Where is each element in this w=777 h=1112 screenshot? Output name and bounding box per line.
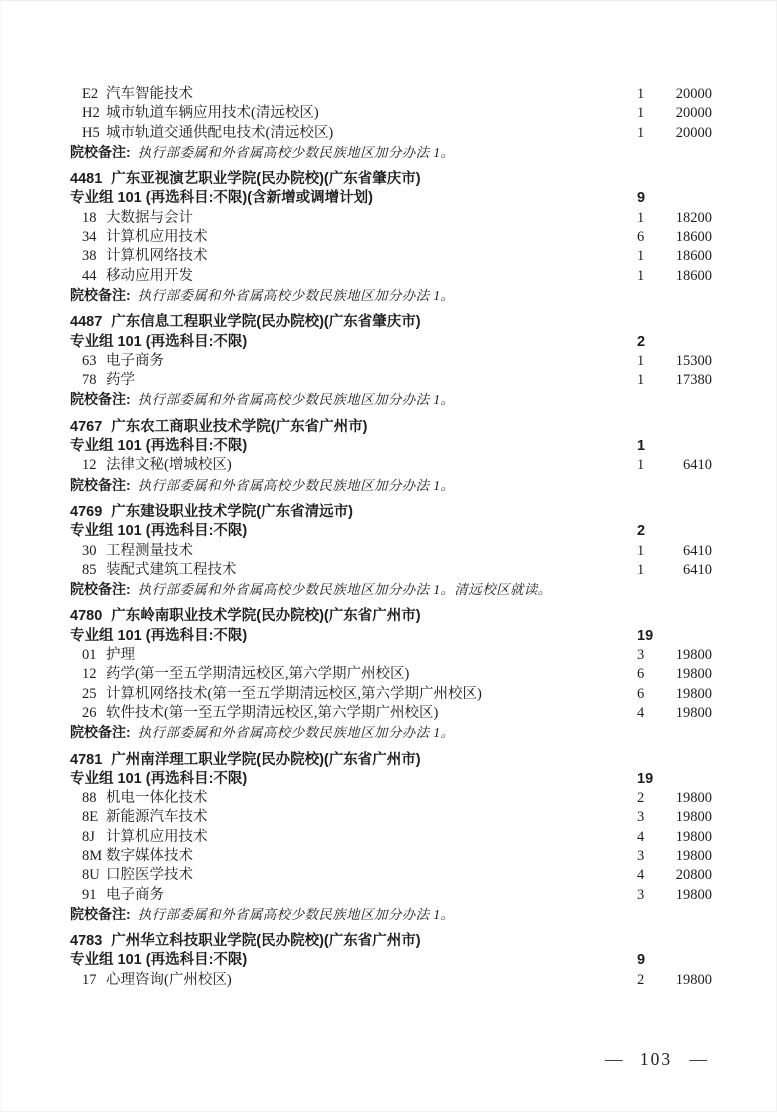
major-tuition-fee: 18600 [667, 267, 712, 286]
major-name: 护理 [106, 647, 135, 663]
major-plan-count: 1 [637, 456, 667, 475]
major-group-label: 专业组 101 (再选科目:不限) [0, 333, 637, 352]
major-name: 法律文秘(增城校区) [106, 457, 232, 473]
remark-row: 院校备注:执行部委属和外省属高校少数民族地区加分办法 1。清远校区就读。 [0, 580, 777, 599]
major-plan-count: 3 [637, 808, 667, 827]
major-tuition-fee: 18600 [667, 228, 712, 247]
major-row: H5城市轨道交通供配电技术(清远校区) 1 20000 [0, 124, 777, 143]
college-header-row: 4767广东农工商职业技术学院(广东省广州市) [0, 418, 777, 437]
major-row: E2汽车智能技术 1 20000 [0, 85, 777, 104]
major-name: 机电一体化技术 [106, 790, 208, 806]
college-header: 4769广东建设职业技术学院(广东省清远市) [0, 503, 637, 522]
remark-row: 院校备注:执行部委属和外省属高校少数民族地区加分办法 1。 [0, 905, 777, 924]
major-code: 8E [82, 808, 103, 827]
major-main: 01护理 [0, 646, 637, 665]
major-main: 8E新能源汽车技术 [0, 808, 637, 827]
major-main: 91电子商务 [0, 886, 637, 905]
major-main: 12药学(第一至五学期清远校区,第六学期广州校区) [0, 665, 637, 684]
major-main: 78药学 [0, 371, 637, 390]
major-group-row: 专业组 101 (再选科目:不限) 19 [0, 627, 777, 646]
major-main: 8J计算机应用技术 [0, 828, 637, 847]
major-group-row: 专业组 101 (再选科目:不限) 9 [0, 951, 777, 970]
major-tuition-fee: 19800 [667, 685, 712, 704]
major-code: 44 [82, 267, 103, 286]
major-plan-count: 4 [637, 866, 667, 885]
major-name: 工程测量技术 [106, 543, 193, 559]
major-tuition-fee: 6410 [667, 561, 712, 580]
major-main: 25计算机网络技术(第一至五学期清远校区,第六学期广州校区) [0, 685, 637, 704]
major-row: 17心理咨询(广州校区) 2 19800 [0, 971, 777, 990]
major-group-label: 专业组 101 (再选科目:不限) [0, 770, 637, 789]
major-plan-count: 2 [637, 971, 667, 990]
major-code: 8U [82, 866, 103, 885]
remark-row: 院校备注:执行部委属和外省属高校少数民族地区加分办法 1。 [0, 143, 777, 162]
remark-text: 执行部委属和外省属高校少数民族地区加分办法 1。 [138, 145, 455, 160]
major-tuition-fee: 19800 [667, 847, 712, 866]
college-header-row: 4783广州华立科技职业学院(民办院校)(广东省广州市) [0, 932, 777, 951]
major-tuition-fee: 19800 [667, 665, 712, 684]
remark-row: 院校备注:执行部委属和外省属高校少数民族地区加分办法 1。 [0, 723, 777, 742]
college-code: 4783 [70, 933, 102, 949]
major-tuition-fee: 19800 [667, 971, 712, 990]
college-name: 广东建设职业技术学院(广东省清远市) [111, 504, 353, 520]
major-rows: 18大数据与会计 1 18200 34计算机应用技术 6 18600 38计算机… [0, 209, 777, 286]
college-name: 广东农工商职业技术学院(广东省广州市) [111, 419, 367, 435]
group-plan-count: 2 [637, 522, 667, 541]
major-tuition-fee: 19800 [667, 704, 712, 723]
major-tuition-fee: 19800 [667, 886, 712, 905]
major-name: 计算机应用技术 [106, 829, 208, 845]
remark-text: 执行部委属和外省属高校少数民族地区加分办法 1。清远校区就读。 [138, 582, 552, 597]
major-code: 18 [82, 209, 103, 228]
major-main: 18大数据与会计 [0, 209, 637, 228]
major-plan-count: 1 [637, 104, 667, 123]
major-main: 44移动应用开发 [0, 267, 637, 286]
major-row: 25计算机网络技术(第一至五学期清远校区,第六学期广州校区) 6 19800 [0, 685, 777, 704]
major-name: 城市轨道交通供配电技术(清远校区) [106, 125, 333, 141]
major-row: 63电子商务 1 15300 [0, 352, 777, 371]
major-code: 01 [82, 646, 103, 665]
major-code: H5 [82, 124, 103, 143]
major-name: 口腔医学技术 [106, 867, 193, 883]
remark: 院校备注:执行部委属和外省属高校少数民族地区加分办法 1。 [0, 286, 777, 305]
major-main: 12法律文秘(增城校区) [0, 456, 637, 475]
major-row: 88机电一体化技术 2 19800 [0, 789, 777, 808]
remark-text: 执行部委属和外省属高校少数民族地区加分办法 1。 [138, 907, 455, 922]
major-code: 91 [82, 886, 103, 905]
major-tuition-fee: 19800 [667, 789, 712, 808]
remark: 院校备注:执行部委属和外省属高校少数民族地区加分办法 1。 [0, 905, 777, 924]
major-group-label: 专业组 101 (再选科目:不限) [0, 522, 637, 541]
major-row: 8M数字媒体技术 3 19800 [0, 847, 777, 866]
major-main: H5城市轨道交通供配电技术(清远校区) [0, 124, 637, 143]
major-plan-count: 2 [637, 789, 667, 808]
major-main: 30工程测量技术 [0, 542, 637, 561]
major-name: 软件技术(第一至五学期清远校区,第六学期广州校区) [106, 705, 438, 721]
major-rows: E2汽车智能技术 1 20000 H2城市轨道车辆应用技术(清远校区) 1 20… [0, 85, 777, 143]
major-plan-count: 3 [637, 886, 667, 905]
major-main: 8M数字媒体技术 [0, 847, 637, 866]
college-name: 广州南洋理工职业学院(民办院校)(广东省广州市) [111, 752, 420, 768]
remark-row: 院校备注:执行部委属和外省属高校少数民族地区加分办法 1。 [0, 476, 777, 495]
major-tuition-fee: 19800 [667, 646, 712, 665]
college-section: 4781广州南洋理工职业学院(民办院校)(广东省广州市) 专业组 101 (再选… [0, 751, 777, 925]
remark-row: 院校备注:执行部委属和外省属高校少数民族地区加分办法 1。 [0, 390, 777, 409]
major-name: 大数据与会计 [106, 210, 193, 226]
major-main: H2城市轨道车辆应用技术(清远校区) [0, 104, 637, 123]
college-header: 4767广东农工商职业技术学院(广东省广州市) [0, 418, 637, 437]
major-plan-count: 1 [637, 209, 667, 228]
group-plan-count: 9 [637, 189, 667, 208]
college-name: 广东岭南职业技术学院(民办院校)(广东省广州市) [111, 608, 420, 624]
remark-label: 院校备注: [70, 906, 131, 922]
major-name: 新能源汽车技术 [106, 809, 208, 825]
group-plan-count: 2 [637, 333, 667, 352]
major-group-label: 专业组 101 (再选科目:不限) [0, 951, 637, 970]
major-row: 18大数据与会计 1 18200 [0, 209, 777, 228]
major-code: 78 [82, 371, 103, 390]
major-plan-count: 1 [637, 352, 667, 371]
major-name: 计算机网络技术 [106, 248, 208, 264]
major-tuition-fee: 20000 [667, 85, 712, 104]
major-tuition-fee: 19800 [667, 808, 712, 827]
major-plan-count: 1 [637, 85, 667, 104]
major-plan-count: 1 [637, 247, 667, 266]
group-plan-count: 19 [637, 627, 667, 646]
major-row: 8U口腔医学技术 4 20800 [0, 866, 777, 885]
college-code: 4481 [70, 171, 102, 187]
major-code: 12 [82, 665, 103, 684]
major-plan-count: 1 [637, 371, 667, 390]
college-header: 4487广东信息工程职业学院(民办院校)(广东省肇庆市) [0, 313, 637, 332]
major-code: 8J [82, 828, 103, 847]
major-main: 85装配式建筑工程技术 [0, 561, 637, 580]
college-section: E2汽车智能技术 1 20000 H2城市轨道车辆应用技术(清远校区) 1 20… [0, 85, 777, 162]
major-main: 8U口腔医学技术 [0, 866, 637, 885]
major-main: E2汽车智能技术 [0, 85, 637, 104]
major-name: 移动应用开发 [106, 268, 193, 284]
major-group-row: 专业组 101 (再选科目:不限) 1 [0, 437, 777, 456]
college-code: 4780 [70, 608, 102, 624]
major-code: 63 [82, 352, 103, 371]
major-row: 8E新能源汽车技术 3 19800 [0, 808, 777, 827]
college-header: 4783广州华立科技职业学院(民办院校)(广东省广州市) [0, 932, 637, 951]
major-plan-count: 4 [637, 704, 667, 723]
major-row: 8J计算机应用技术 4 19800 [0, 828, 777, 847]
major-main: 34计算机应用技术 [0, 228, 637, 247]
college-code: 4769 [70, 504, 102, 520]
major-rows: 12法律文秘(增城校区) 1 6410 [0, 456, 777, 475]
major-plan-count: 6 [637, 228, 667, 247]
remark-label: 院校备注: [70, 477, 131, 493]
major-rows: 30工程测量技术 1 6410 85装配式建筑工程技术 1 6410 [0, 542, 777, 581]
college-header-row: 4769广东建设职业技术学院(广东省清远市) [0, 503, 777, 522]
major-row: 85装配式建筑工程技术 1 6410 [0, 561, 777, 580]
major-plan-count: 1 [637, 561, 667, 580]
major-rows: 88机电一体化技术 2 19800 8E新能源汽车技术 3 19800 8J计算… [0, 789, 777, 905]
footer-dash-left: — [605, 1049, 623, 1069]
major-group-row: 专业组 101 (再选科目:不限)(含新增或调增计划) 9 [0, 189, 777, 208]
college-header-row: 4481广东亚视演艺职业学院(民办院校)(广东省肇庆市) [0, 170, 777, 189]
major-code: 38 [82, 247, 103, 266]
page-number: 103 [640, 1049, 672, 1069]
college-code: 4781 [70, 752, 102, 768]
remark-label: 院校备注: [70, 581, 131, 597]
college-section: 4783广州华立科技职业学院(民办院校)(广东省广州市) 专业组 101 (再选… [0, 932, 777, 990]
major-rows: 63电子商务 1 15300 78药学 1 17380 [0, 352, 777, 391]
major-main: 88机电一体化技术 [0, 789, 637, 808]
major-tuition-fee: 18200 [667, 209, 712, 228]
college-header: 4780广东岭南职业技术学院(民办院校)(广东省广州市) [0, 607, 637, 626]
major-row: 12药学(第一至五学期清远校区,第六学期广州校区) 6 19800 [0, 665, 777, 684]
major-plan-count: 1 [637, 542, 667, 561]
major-row: 91电子商务 3 19800 [0, 886, 777, 905]
college-header-row: 4780广东岭南职业技术学院(民办院校)(广东省广州市) [0, 607, 777, 626]
major-name: 计算机应用技术 [106, 229, 208, 245]
major-row: 38计算机网络技术 1 18600 [0, 247, 777, 266]
college-section: 4769广东建设职业技术学院(广东省清远市) 专业组 101 (再选科目:不限)… [0, 503, 777, 599]
remark-label: 院校备注: [70, 724, 131, 740]
major-main: 63电子商务 [0, 352, 637, 371]
major-code: 8M [82, 847, 103, 866]
college-name: 广东信息工程职业学院(民办院校)(广东省肇庆市) [111, 314, 420, 330]
major-tuition-fee: 20000 [667, 124, 712, 143]
remark-text: 执行部委属和外省属高校少数民族地区加分办法 1。 [138, 725, 455, 740]
major-tuition-fee: 15300 [667, 352, 712, 371]
major-code: 88 [82, 789, 103, 808]
college-code: 4767 [70, 419, 102, 435]
college-name: 广东亚视演艺职业学院(民办院校)(广东省肇庆市) [111, 171, 420, 187]
major-tuition-fee: 17380 [667, 371, 712, 390]
major-main: 17心理咨询(广州校区) [0, 971, 637, 990]
major-row: 01护理 3 19800 [0, 646, 777, 665]
major-group-row: 专业组 101 (再选科目:不限) 2 [0, 522, 777, 541]
major-plan-count: 4 [637, 828, 667, 847]
major-code: 17 [82, 971, 103, 990]
major-name: 汽车智能技术 [106, 86, 193, 102]
major-group-label: 专业组 101 (再选科目:不限)(含新增或调增计划) [0, 189, 637, 208]
major-name: 药学 [106, 372, 135, 388]
major-name: 装配式建筑工程技术 [106, 562, 237, 578]
admissions-list: E2汽车智能技术 1 20000 H2城市轨道车辆应用技术(清远校区) 1 20… [0, 85, 777, 990]
remark: 院校备注:执行部委属和外省属高校少数民族地区加分办法 1。 [0, 390, 777, 409]
group-plan-count: 9 [637, 951, 667, 970]
major-row: 78药学 1 17380 [0, 371, 777, 390]
remark-label: 院校备注: [70, 287, 131, 303]
college-section: 4487广东信息工程职业学院(民办院校)(广东省肇庆市) 专业组 101 (再选… [0, 313, 777, 409]
group-plan-count: 1 [637, 437, 667, 456]
major-row: 12法律文秘(增城校区) 1 6410 [0, 456, 777, 475]
major-name: 电子商务 [106, 887, 164, 903]
major-name: 电子商务 [106, 353, 164, 369]
major-tuition-fee: 6410 [667, 456, 712, 475]
page-footer: — 103 — [605, 1049, 707, 1070]
major-tuition-fee: 18600 [667, 247, 712, 266]
major-name: 心理咨询(广州校区) [106, 972, 232, 988]
document-page: E2汽车智能技术 1 20000 H2城市轨道车辆应用技术(清远校区) 1 20… [0, 0, 777, 1112]
remark: 院校备注:执行部委属和外省属高校少数民族地区加分办法 1。清远校区就读。 [0, 580, 777, 599]
major-group-row: 专业组 101 (再选科目:不限) 2 [0, 333, 777, 352]
major-group-row: 专业组 101 (再选科目:不限) 19 [0, 770, 777, 789]
major-tuition-fee: 20800 [667, 866, 712, 885]
major-name: 城市轨道车辆应用技术(清远校区) [106, 105, 319, 121]
major-code: 12 [82, 456, 103, 475]
major-main: 38计算机网络技术 [0, 247, 637, 266]
major-plan-count: 3 [637, 847, 667, 866]
major-code: 26 [82, 704, 103, 723]
major-row: 30工程测量技术 1 6410 [0, 542, 777, 561]
remark-text: 执行部委属和外省属高校少数民族地区加分办法 1。 [138, 288, 455, 303]
major-plan-count: 3 [637, 646, 667, 665]
major-rows: 01护理 3 19800 12药学(第一至五学期清远校区,第六学期广州校区) 6… [0, 646, 777, 723]
major-row: H2城市轨道车辆应用技术(清远校区) 1 20000 [0, 104, 777, 123]
major-code: 85 [82, 561, 103, 580]
major-group-label: 专业组 101 (再选科目:不限) [0, 437, 637, 456]
major-row: 34计算机应用技术 6 18600 [0, 228, 777, 247]
major-code: 30 [82, 542, 103, 561]
major-code: E2 [82, 85, 103, 104]
remark-text: 执行部委属和外省属高校少数民族地区加分办法 1。 [138, 392, 455, 407]
remark: 院校备注:执行部委属和外省属高校少数民族地区加分办法 1。 [0, 723, 777, 742]
major-plan-count: 1 [637, 267, 667, 286]
major-tuition-fee: 19800 [667, 828, 712, 847]
remark-label: 院校备注: [70, 144, 131, 160]
major-main: 26软件技术(第一至五学期清远校区,第六学期广州校区) [0, 704, 637, 723]
major-code: H2 [82, 104, 103, 123]
major-row: 44移动应用开发 1 18600 [0, 267, 777, 286]
major-row: 26软件技术(第一至五学期清远校区,第六学期广州校区) 4 19800 [0, 704, 777, 723]
footer-dash-right: — [690, 1049, 708, 1069]
major-group-label: 专业组 101 (再选科目:不限) [0, 627, 637, 646]
group-plan-count: 19 [637, 770, 667, 789]
major-plan-count: 6 [637, 685, 667, 704]
college-header: 4481广东亚视演艺职业学院(民办院校)(广东省肇庆市) [0, 170, 637, 189]
major-rows: 17心理咨询(广州校区) 2 19800 [0, 971, 777, 990]
remark: 院校备注:执行部委属和外省属高校少数民族地区加分办法 1。 [0, 476, 777, 495]
major-code: 34 [82, 228, 103, 247]
major-name: 药学(第一至五学期清远校区,第六学期广州校区) [106, 666, 409, 682]
college-section: 4780广东岭南职业技术学院(民办院校)(广东省广州市) 专业组 101 (再选… [0, 607, 777, 742]
major-tuition-fee: 6410 [667, 542, 712, 561]
remark-label: 院校备注: [70, 391, 131, 407]
college-header-row: 4781广州南洋理工职业学院(民办院校)(广东省广州市) [0, 751, 777, 770]
college-header-row: 4487广东信息工程职业学院(民办院校)(广东省肇庆市) [0, 313, 777, 332]
remark-text: 执行部委属和外省属高校少数民族地区加分办法 1。 [138, 478, 455, 493]
remark-row: 院校备注:执行部委属和外省属高校少数民族地区加分办法 1。 [0, 286, 777, 305]
major-code: 25 [82, 685, 103, 704]
major-plan-count: 1 [637, 124, 667, 143]
college-code: 4487 [70, 314, 102, 330]
major-plan-count: 6 [637, 665, 667, 684]
major-name: 数字媒体技术 [106, 848, 193, 864]
college-section: 4481广东亚视演艺职业学院(民办院校)(广东省肇庆市) 专业组 101 (再选… [0, 170, 777, 305]
major-name: 计算机网络技术(第一至五学期清远校区,第六学期广州校区) [106, 686, 482, 702]
major-tuition-fee: 20000 [667, 104, 712, 123]
college-name: 广州华立科技职业学院(民办院校)(广东省广州市) [111, 933, 420, 949]
college-header: 4781广州南洋理工职业学院(民办院校)(广东省广州市) [0, 751, 637, 770]
college-section: 4767广东农工商职业技术学院(广东省广州市) 专业组 101 (再选科目:不限… [0, 418, 777, 495]
remark: 院校备注:执行部委属和外省属高校少数民族地区加分办法 1。 [0, 143, 777, 162]
